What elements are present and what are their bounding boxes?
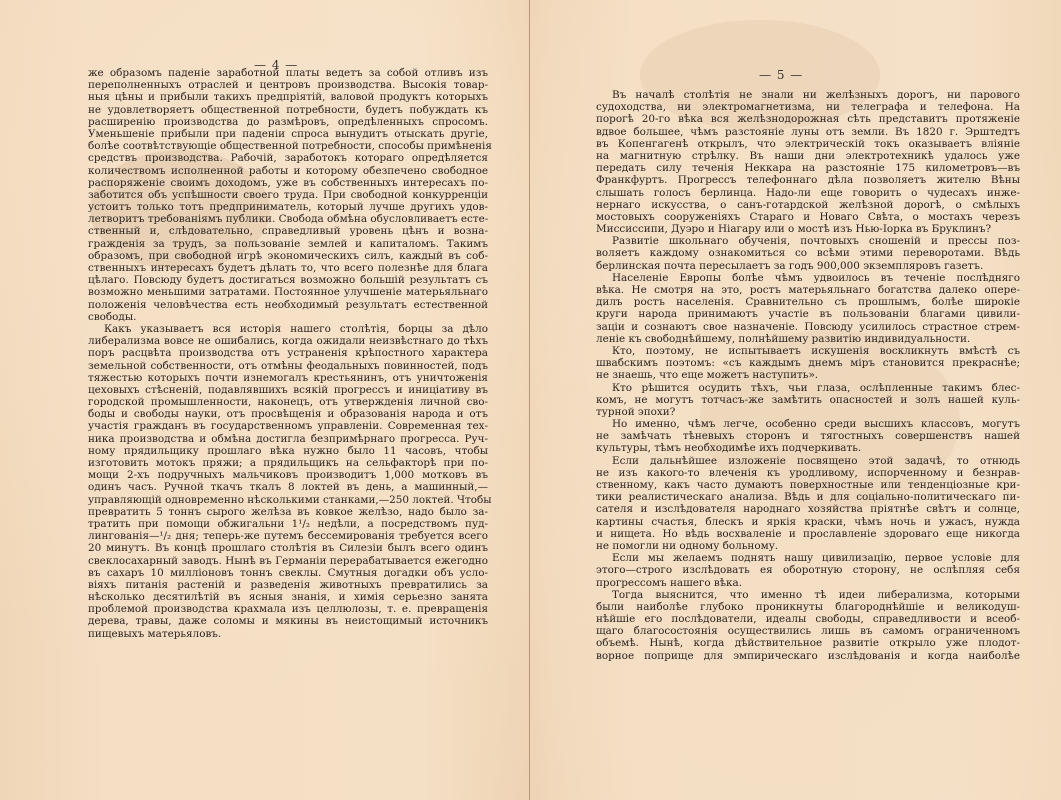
- text-line: щаго благосостоянія осуществились лишь в…: [596, 625, 1020, 637]
- text-line: дилъ ростъ населенія. Сравнительно съ пр…: [596, 296, 1020, 308]
- text-line: свободы.: [88, 311, 488, 323]
- text-line: нѣйшіе его послѣдователи, идеалы свободы…: [596, 613, 1020, 625]
- text-line: берлинская почта пересылаетъ за годъ 900…: [596, 260, 1020, 272]
- text-line: Уменьшеніе прибыли при паденіи спроса вы…: [88, 128, 488, 140]
- text-line: не удовлетворяетъ общественной потребнос…: [88, 104, 488, 116]
- text-line: объемѣ. Нынѣ, когда дѣйствительное разви…: [596, 637, 1020, 649]
- text-line: въ сахаръ 10 милліоновъ тоннъ свеклы. См…: [88, 567, 488, 579]
- text-line: и нищета. Но вѣдь восхваленіе и прославл…: [596, 528, 1020, 540]
- text-line: нернаго искусства, о санъ-готардской жел…: [596, 199, 1020, 211]
- text-line: заціи и сознаютъ свое назначеніе. Повсюд…: [596, 321, 1020, 333]
- text-line: ственныхъ интересахъ будетъ дѣлать то, ч…: [88, 262, 488, 274]
- text-line: ворное поприще для эмпирическаго изслѣдо…: [596, 650, 1020, 662]
- text-line: порогѣ 20-го вѣка вся желѣзнодорожная сѣ…: [596, 113, 1020, 125]
- text-line: пищевыхъ матерьяловъ.: [88, 628, 488, 640]
- text-line: передать силу теченія Неккара на разстоя…: [596, 162, 1020, 174]
- text-line: поръ расцвѣта производства отъ устранені…: [88, 347, 488, 359]
- text-line: вдвое большее, чѣмъ разстояніе луны отъ …: [596, 126, 1020, 138]
- text-line: расширенію производства до размѣровъ, оп…: [88, 116, 488, 128]
- right-page: — 5 — Въ началѣ столѣтія не знали ни жел…: [530, 0, 1061, 800]
- text-line: слышать голосъ берлинца. Надо-ли еще гов…: [596, 187, 1020, 199]
- text-line: летворитъ требованіямъ публики. Свобода …: [88, 213, 488, 225]
- text-line: віяхъ питанія растеній и разведенія живо…: [88, 579, 488, 591]
- text-line: леніе къ свободнѣйшему, полнѣйшему разви…: [596, 333, 1020, 345]
- text-line: воляетъ каждому ознакомиться со всѣми эт…: [596, 247, 1020, 259]
- text-line: земельной собственности, отъ отмѣны феод…: [88, 360, 488, 372]
- text-line: Миссиссипи, Дуэро и Ніагару или о мостѣ …: [596, 223, 1020, 235]
- text-line: Развитіе школьнаго обученія, почтовыхъ с…: [596, 235, 1020, 247]
- text-line: не замѣчать тѣневыхъ сторонъ и тягостных…: [596, 430, 1020, 442]
- text-line: тратить при помощи обжигальни 1¹/₂ недѣл…: [88, 518, 488, 530]
- text-line: Какъ указываетъ вся исторія нашего столѣ…: [88, 323, 488, 335]
- text-line: ныя цѣны и прибыли такихъ предпріятій, в…: [88, 91, 488, 103]
- text-line: ника производства и обмѣна достигла безп…: [88, 433, 488, 445]
- text-line: не изъ какого-то влеченія къ уродливому,…: [596, 467, 1020, 479]
- text-line: нѣсколько десятилѣтій въ ясныя знанія, и…: [88, 591, 488, 603]
- text-line: тики реалистическаго анализа. Вѣдь и для…: [596, 491, 1020, 503]
- text-line: устоитъ только тотъ предприниматель, кот…: [88, 201, 488, 213]
- text-line: же образомъ паденіе заработной платы вед…: [88, 67, 488, 79]
- text-line: Кто, поэтому, не испытываетъ искушенія в…: [596, 345, 1020, 357]
- text-line: Но именно, чѣмъ легче, особенно среди вы…: [596, 418, 1020, 430]
- text-line: культуры, тѣмъ необходимѣе ихъ подчеркив…: [596, 442, 1020, 454]
- text-line: городской промышленности, наконецъ, отъ …: [88, 396, 488, 408]
- text-line: мостовыхъ сооруженіяхъ Стараго и Новаго …: [596, 211, 1020, 223]
- text-line: въ Копенгагенѣ открылъ, что электрическі…: [596, 138, 1020, 150]
- book-spread: — 4 — же образомъ паденіе заработной пла…: [0, 0, 1061, 800]
- text-line: комъ, не могутъ тотчасъ-же замѣтить опас…: [596, 394, 1020, 406]
- text-line: круги народа принимаютъ участіе въ польз…: [596, 308, 1020, 320]
- text-line: не помогли ни одному больному.: [596, 540, 1020, 552]
- text-line: свеклосахарный заводъ. Нынѣ въ Германіи …: [88, 555, 488, 567]
- text-line: прогрессомъ нашего вѣка.: [596, 577, 1020, 589]
- text-line: Въ началѣ столѣтія не знали ни желѣзныхъ…: [596, 89, 1020, 101]
- text-line: 20 минутъ. Въ концѣ прошлаго столѣтія въ…: [88, 542, 488, 554]
- text-line: на магнитную стрѣлку. Въ наши дни электр…: [596, 150, 1020, 162]
- text-line: цѣлаго. Повсюду будетъ достигаться возмо…: [88, 274, 488, 286]
- text-line: вѣка. Не смотря на это, ростъ матерьяльн…: [596, 284, 1020, 296]
- text-line: положенія человѣчества есть необходимый …: [88, 299, 488, 311]
- text-line: одинъ часъ. Ручной ткачъ ткалъ 8 локтей …: [88, 481, 488, 493]
- text-line: сателя и изслѣдователя народнаго хозяйст…: [596, 503, 1020, 515]
- text-line: образомъ, при свободной игрѣ экономическ…: [88, 250, 488, 262]
- text-line: гражденія за трудъ, за пользованіе земле…: [88, 238, 488, 250]
- text-line: были наиболѣе глубоко проникнуты благоро…: [596, 601, 1020, 613]
- text-line: превратить 5 тоннъ сырого желѣза въ ковк…: [88, 506, 488, 518]
- text-line: Франкфуртъ. Прогрессъ телефоннаго дѣла п…: [596, 174, 1020, 186]
- text-line: участія гражданъ въ государственномъ упр…: [88, 420, 488, 432]
- text-line: заботится объ успѣшности своего труда. П…: [88, 189, 488, 201]
- page-body-text: же образомъ паденіе заработной платы вед…: [88, 67, 488, 640]
- text-line: турной эпохи?: [596, 406, 1020, 418]
- text-line: ному прядильщику прошлаго вѣка нужно был…: [88, 445, 488, 457]
- text-line: болѣе соотвѣтствующіе общественной потре…: [88, 140, 488, 152]
- text-line: не знаешь, что еще можетъ наступить».: [596, 369, 1020, 381]
- text-line: лингованія—¹/₂ дня; теперь-же путемъ бес…: [88, 530, 488, 542]
- text-line: тяжестью которыхъ почти изнемогалъ крест…: [88, 372, 488, 384]
- text-line: дерева, травы, даже соломы и мякины въ н…: [88, 615, 488, 627]
- text-line: ственному, какъ часто думаютъ поверхност…: [596, 479, 1020, 491]
- text-line: изготовить мотокъ пряжи; а прядильщикъ н…: [88, 457, 488, 469]
- text-line: картины счастья, блескъ и яркія краски, …: [596, 516, 1020, 528]
- text-line: ственный и, слѣдовательно, справедливый …: [88, 225, 488, 237]
- page-number: — 5 —: [759, 68, 803, 82]
- text-line: либерализма вовсе не ошибались, когда ож…: [88, 335, 488, 347]
- text-line: Если дальнѣйшее изложеніе посвящено этой…: [596, 455, 1020, 467]
- text-line: Тогда выяснится, что именно тѣ идеи либе…: [596, 589, 1020, 601]
- left-page: — 4 — же образомъ паденіе заработной пла…: [0, 0, 529, 800]
- text-line: распоряженіе своимъ доходомъ, уже въ соб…: [88, 177, 488, 189]
- text-line: возможно меньшими затратами. Постоянное …: [88, 286, 488, 298]
- text-line: Населеніе Европы болѣе чѣмъ удвоилось въ…: [596, 272, 1020, 284]
- text-line: швабскимъ поэтомъ: «съ каждымъ днемъ мір…: [596, 357, 1020, 369]
- text-line: цеховыхъ стѣсненій, подавлявшихъ всякій …: [88, 384, 488, 396]
- text-line: боды и свободы науки, отъ просвѣщенія и …: [88, 408, 488, 420]
- text-line: переполненныхъ отраслей и центровъ произ…: [88, 79, 488, 91]
- text-line: Кто рѣшится осудить тѣхъ, чьи глаза, осл…: [596, 382, 1020, 394]
- text-line: мощи 2-хъ подручныхъ мальчиковъ производ…: [88, 469, 488, 481]
- text-line: средствъ производства. Рабочій, заработо…: [88, 152, 488, 164]
- text-line: управляющій одновременно нѣсколькими ста…: [88, 494, 488, 506]
- text-line: этого—строго изслѣдовать ея оборотную ст…: [596, 564, 1020, 576]
- text-line: судоходства, ни электромагнетизма, ни те…: [596, 101, 1020, 113]
- text-line: Если мы желаемъ поднять нашу цивилизацію…: [596, 552, 1020, 564]
- page-body-text: Въ началѣ столѣтія не знали ни желѣзныхъ…: [596, 89, 1020, 662]
- text-line: количествомъ исполненной работы и которо…: [88, 165, 488, 177]
- text-line: проблемой производства крахмала изъ целл…: [88, 603, 488, 615]
